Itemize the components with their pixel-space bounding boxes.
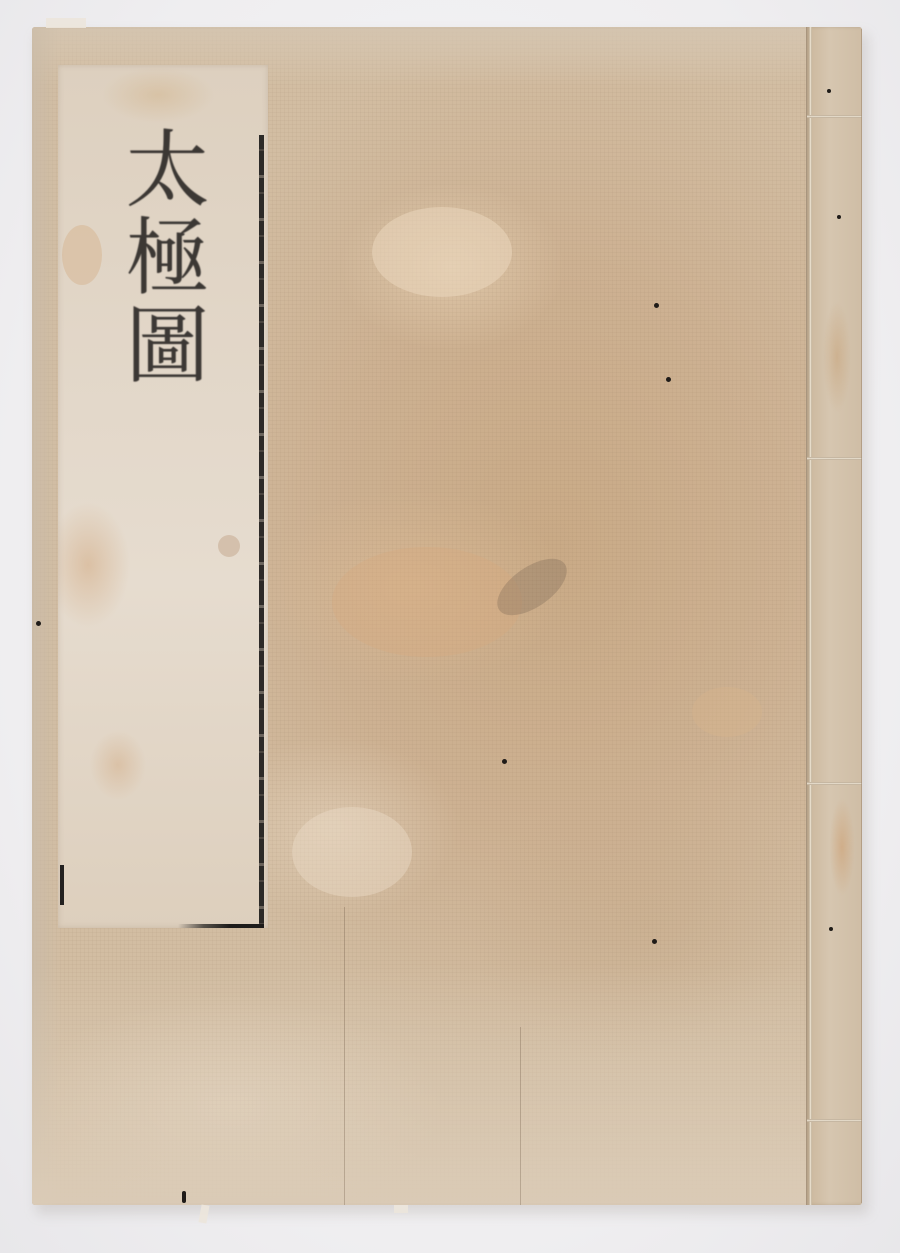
torn-paper-scrap xyxy=(46,18,86,28)
photo-scene: 太極圖 xyxy=(0,0,900,1253)
stain xyxy=(218,535,240,557)
stain xyxy=(332,547,522,657)
title-slip: 太極圖 xyxy=(58,65,268,928)
crease-line xyxy=(344,907,345,1205)
book-spine xyxy=(806,27,862,1205)
torn-paper-scrap xyxy=(198,1204,209,1223)
worn-bottom-edge xyxy=(32,965,862,1205)
slip-border-right xyxy=(259,135,264,928)
stain xyxy=(692,687,762,737)
binding-stitch xyxy=(807,457,862,460)
wormhole xyxy=(652,939,657,944)
wormhole xyxy=(654,303,659,308)
stain xyxy=(372,207,512,297)
stain xyxy=(62,225,102,285)
wormhole xyxy=(36,621,41,626)
wormhole xyxy=(502,759,507,764)
wormhole xyxy=(182,1191,186,1203)
binding-thread xyxy=(809,27,812,1205)
crease-line xyxy=(520,1027,521,1205)
binding-stitch xyxy=(807,115,862,118)
slip-border-bottom xyxy=(178,924,264,928)
book-cover: 太極圖 xyxy=(32,27,862,1205)
slip-border-left-fragment xyxy=(60,865,64,905)
binding-stitch xyxy=(807,1119,862,1122)
page-edge xyxy=(861,29,862,1203)
binding-stitch xyxy=(807,782,862,785)
book-title: 太極圖 xyxy=(110,125,210,389)
wormhole xyxy=(666,377,671,382)
torn-paper-scrap xyxy=(394,1205,408,1213)
wormhole xyxy=(827,89,831,93)
wormhole xyxy=(837,215,841,219)
stain xyxy=(292,807,412,897)
wormhole xyxy=(829,927,833,931)
